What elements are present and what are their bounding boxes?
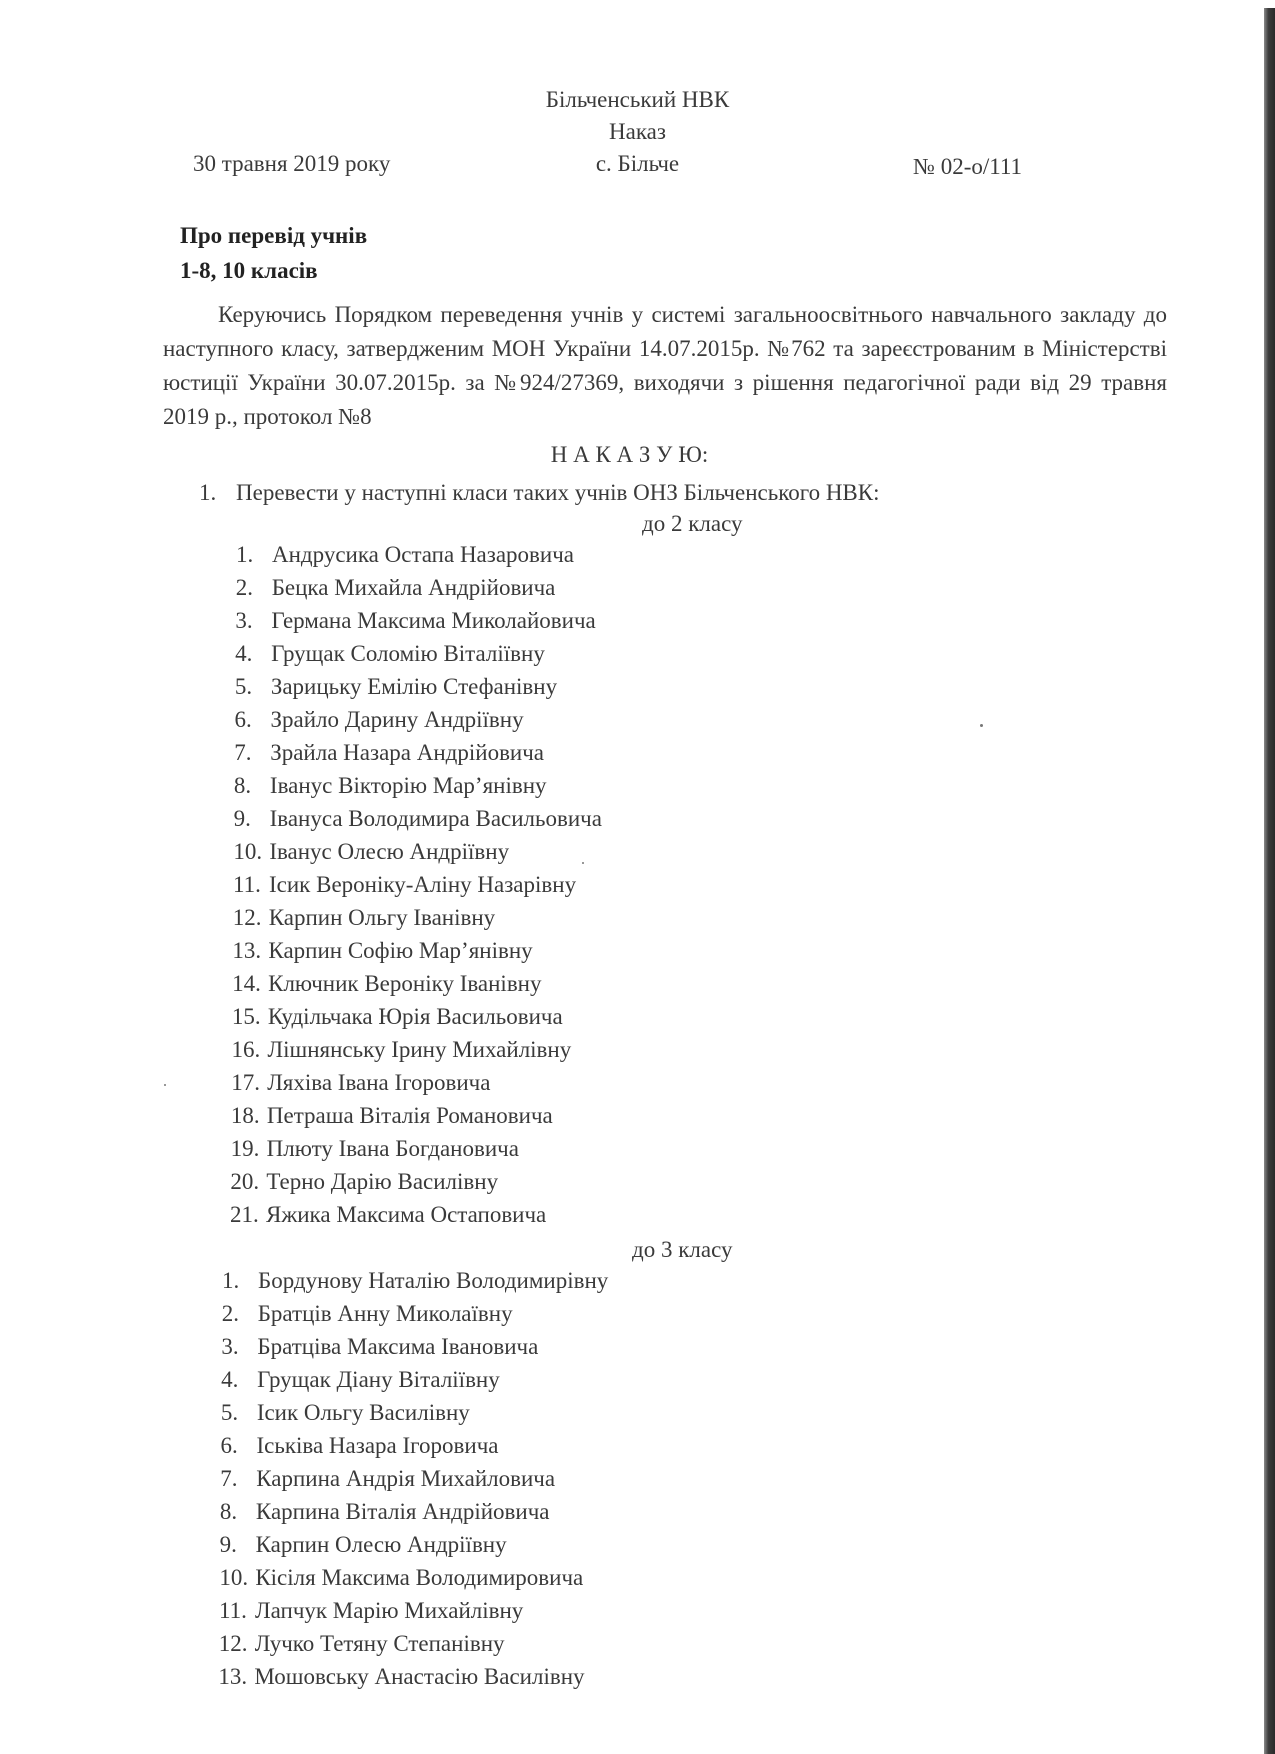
student-name: Іванус Вікторію Мар’янівну	[270, 769, 547, 802]
student-item-number: 2.	[222, 1297, 256, 1330]
student-name: Іванус Олесю Андріївну	[269, 835, 509, 868]
student-name: Зрайла Назара Андрійовича	[270, 736, 544, 769]
subject-line-2: 1-8, 10 класів	[180, 257, 318, 285]
student-name: Ісик Ольгу Василівну	[257, 1396, 470, 1429]
student-name: Бецка Михайла Андрійовича	[272, 571, 556, 604]
student-name: Карпина Андрія Михайловича	[256, 1462, 555, 1495]
subject-line-1: Про перевід учнів	[180, 222, 367, 250]
order-place: с. Більче	[0, 150, 1275, 178]
group-heading-grade-3: до 3 класу	[632, 1236, 732, 1264]
student-item-number: 10.	[233, 835, 267, 868]
student-item-number: 7.	[220, 1462, 254, 1495]
scan-edge-shadow	[1264, 8, 1275, 1754]
student-item-number: 5.	[235, 670, 269, 703]
student-item-number: 13.	[232, 934, 266, 967]
student-item-number: 16.	[232, 1033, 266, 1066]
student-item-number: 8.	[220, 1495, 254, 1528]
student-name: Зарицьку Емілію Стефанівну	[271, 670, 557, 703]
student-name: Бордунову Наталію Володимирівну	[258, 1264, 608, 1297]
student-item-number: 8.	[234, 769, 268, 802]
scan-speck	[582, 862, 584, 864]
student-name: Лішнянську Ірину Михайлівну	[268, 1033, 572, 1066]
student-item-number: 2.	[236, 571, 270, 604]
student-name: Лучко Тетяну Степанівну	[255, 1627, 505, 1660]
student-item-number: 20.	[230, 1165, 264, 1198]
document-type: Наказ	[0, 118, 1275, 146]
student-name: Ключник Вероніку Іванівну	[268, 967, 541, 1000]
student-name: Ісик Вероніку-Аліну Назарівну	[269, 868, 576, 901]
student-item-number: 4.	[235, 637, 269, 670]
student-name: Братців Анну Миколаївну	[258, 1297, 513, 1330]
student-item-number: 15.	[232, 1000, 266, 1033]
scan-speck	[164, 1084, 166, 1086]
student-item-number: 9.	[234, 802, 268, 835]
order-word: Н А К А З У Ю:	[0, 441, 1267, 469]
order-number: № 02-о/111	[913, 153, 1022, 181]
student-item-number: 12.	[219, 1627, 253, 1660]
student-name: Кісіля Максима Володимировича	[255, 1561, 583, 1594]
institution-name: Більченський НВК	[0, 86, 1275, 114]
student-item-number: 11.	[219, 1594, 253, 1627]
student-item-number: 7.	[234, 736, 268, 769]
student-item-number: 9.	[220, 1528, 254, 1561]
student-name: Германа Максима Миколайовича	[271, 604, 595, 637]
student-name: Грущак Діану Віталіївну	[257, 1363, 500, 1396]
student-name: Іськіва Назара Ігоровича	[257, 1429, 499, 1462]
student-item-number: 6.	[221, 1429, 255, 1462]
student-item-number: 3.	[221, 1330, 255, 1363]
clause-1-number: 1.	[199, 479, 216, 507]
scan-speck	[980, 724, 983, 727]
student-item-number: 4.	[221, 1363, 255, 1396]
student-name: Петраша Віталія Романовича	[267, 1099, 553, 1132]
student-name: Карпин Ольгу Іванівну	[269, 901, 495, 934]
student-name: Лапчук Марію Михайлівну	[255, 1594, 523, 1627]
student-item-number: 3.	[235, 604, 269, 637]
student-name: Яжика Максима Остаповича	[266, 1198, 546, 1231]
student-item-number: 1.	[236, 538, 270, 571]
student-item-number: 12.	[233, 901, 267, 934]
student-name: Карпина Віталія Андрійовича	[256, 1495, 550, 1528]
student-name: Мошовську Анастасію Василівну	[254, 1660, 584, 1693]
student-name: Зрайло Дарину Андріївну	[271, 703, 524, 736]
student-item-number: 21.	[230, 1198, 264, 1231]
student-name: Карпин Софію Мар’янівну	[268, 934, 532, 967]
student-item-number: 19.	[231, 1132, 265, 1165]
student-name: Братціва Максима Івановича	[257, 1330, 538, 1363]
student-name: Кудільчака Юрія Васильовича	[268, 1000, 563, 1033]
student-item-number: 5.	[221, 1396, 255, 1429]
student-name: Івануса Володимира Васильовича	[270, 802, 602, 835]
student-item-number: 17.	[231, 1066, 265, 1099]
student-item-number: 6.	[235, 703, 269, 736]
student-item-number: 1.	[222, 1264, 256, 1297]
student-name: Плюту Івана Богдановича	[267, 1132, 519, 1165]
student-item-number: 11.	[233, 868, 267, 901]
student-name: Терно Дарію Василівну	[266, 1165, 498, 1198]
student-name: Андрусика Остапа Назаровича	[272, 538, 574, 571]
student-name: Грущак Соломію Віталіївну	[271, 637, 545, 670]
student-item-number: 18.	[231, 1099, 265, 1132]
student-name: Карпин Олесю Андріївну	[256, 1528, 507, 1561]
group-heading-grade-2: до 2 класу	[642, 510, 742, 538]
student-item-number: 14.	[232, 967, 266, 1000]
clause-1-text: Перевести у наступні класи таких учнів О…	[236, 479, 880, 507]
preamble-paragraph: Керуючись Порядком переведення учнів у с…	[163, 298, 1167, 434]
student-item-number: 13.	[218, 1660, 252, 1693]
student-item-number: 10.	[219, 1561, 253, 1594]
student-name: Ляхіва Івана Ігоровича	[267, 1066, 490, 1099]
